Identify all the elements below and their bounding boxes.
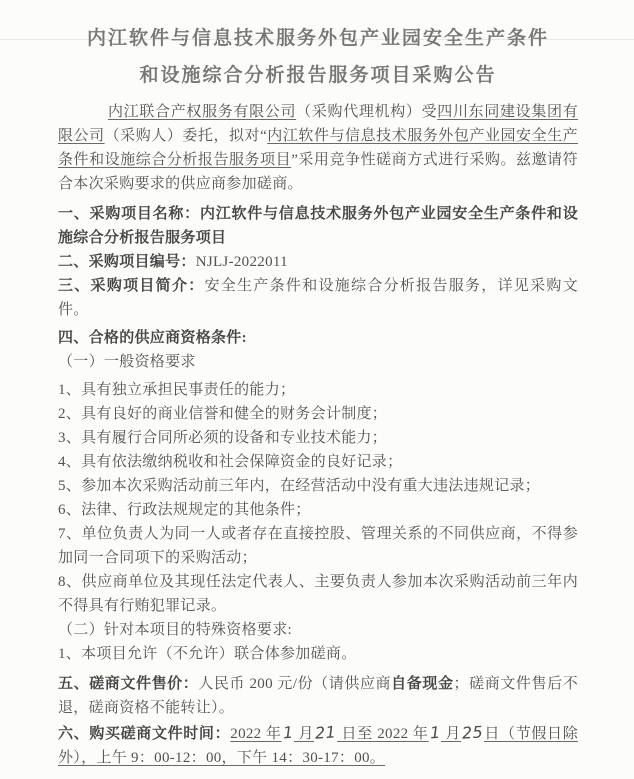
section-project-name: 一、采购项目名称：内江软件与信息技术服务外包产业园安全生产条件和设施综合分析报告…: [58, 202, 578, 250]
list-item: 3、具有履行合同所必须的设备和专业技术能力；: [58, 426, 578, 450]
intro-text-1: （采购代理机构）受: [296, 104, 437, 120]
printed-date-text: 月: [294, 726, 314, 742]
special-requirements-header: （二）针对本项目的特殊资格要求:: [58, 618, 578, 642]
scanned-document-page: 内江软件与信息技术服务外包产业园安全生产条件 和设施综合分析报告服务项目采购公告…: [0, 0, 634, 779]
section-5-bold-text: 自备现金: [391, 676, 453, 692]
intro-paragraph: 内江联合产权服务有限公司（采购代理机构）受四川东同建设集团有限公司（采购人）委托…: [58, 100, 578, 196]
document-content: 内江软件与信息技术服务外包产业园安全生产条件 和设施综合分析报告服务项目采购公告…: [58, 20, 578, 770]
list-item: 5、参加本次采购活动前三年内，在经营活动中没有重大违法违规记录；: [58, 474, 578, 498]
section-project-brief: 三、采购项目简介：安全生产条件和设施综合分析报告服务，详见采购文件。: [58, 274, 578, 322]
title-line-2: 和设施综合分析报告服务项目采购公告: [139, 65, 496, 86]
printed-date-text: 月: [441, 726, 461, 742]
printed-date-text: 日至 2022 年: [337, 726, 428, 742]
section-3-label: 三、采购项目简介：: [58, 278, 205, 294]
handwritten-month-2: 1: [428, 726, 441, 741]
list-item: 7、单位负责人为同一人或者存在直接控股、管理关系的不同供应商，不得参加同一合同项…: [58, 522, 578, 570]
section-document-price: 五、磋商文件售价：人民币 200 元/份（请供应商自备现金；磋商文件售后不退，磋…: [58, 672, 578, 720]
list-item: 8、供应商单位及其现任法定代表人、主要负责人参加本次采购活动前三年内不得具有行贿…: [58, 570, 578, 618]
title-line-1: 内江软件与信息技术服务外包产业园安全生产条件: [87, 28, 549, 49]
section-4-label: 四、合格的供应商资格条件:: [58, 330, 247, 346]
intro-text-2: （采购人）委托，拟对“: [105, 128, 267, 144]
printed-date-text: 2022 年: [230, 726, 281, 742]
section-6-label: 六、购买磋商文件时间：: [58, 726, 230, 742]
agency-name: 内江联合产权服务有限公司: [108, 104, 296, 120]
section-5-text-1: 人民币 200 元/份（请供应商: [198, 676, 391, 692]
section-1-label: 一、采购项目名称：: [58, 206, 200, 222]
handwritten-day-1: 21: [314, 725, 338, 741]
page-title: 内江软件与信息技术服务外包产业园安全生产条件 和设施综合分析报告服务项目采购公告: [58, 20, 578, 94]
section-2-label: 二、采购项目编号：: [58, 254, 196, 270]
office-hours-text: 上午 9：00-12：00，下午 14：30-17：00。: [96, 750, 385, 766]
handwritten-day-2: 25: [461, 725, 485, 741]
list-item: 1、具有独立承担民事责任的能力；: [58, 378, 578, 402]
section-project-number: 二、采购项目编号：NJLJ-2022011: [58, 250, 578, 274]
list-item: 2、具有良好的商业信誉和健全的财务会计制度；: [58, 402, 578, 426]
list-item: 4、具有依法缴纳税收和社会保障资金的良好记录；: [58, 450, 578, 474]
general-requirements-header: （一）一般资格要求: [58, 350, 578, 374]
list-item: 6、法律、行政法规规定的其他条件；: [58, 498, 578, 522]
project-number-value: NJLJ-2022011: [196, 254, 288, 270]
handwritten-month-1: 1: [281, 726, 294, 741]
special-requirement-item: 1、本项目允许（不允许）联合体参加磋商。: [58, 642, 578, 666]
section-5-label: 五、磋商文件售价：: [58, 676, 198, 692]
section-purchase-time: 六、购买磋商文件时间：2022 年1 月21 日至 2022 年1 月25日（节…: [58, 722, 578, 770]
section-supplier-qualifications: 四、合格的供应商资格条件:: [58, 326, 578, 350]
